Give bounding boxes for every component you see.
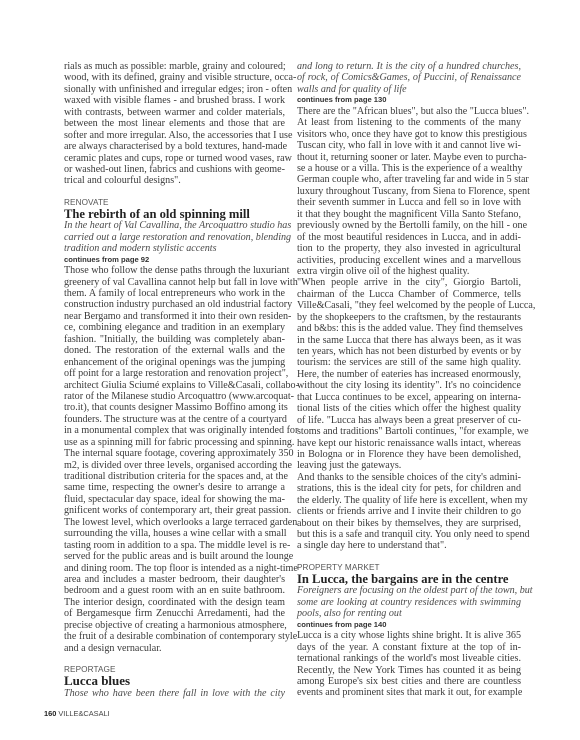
text-line: in the same Lucca that there has always …: [297, 335, 521, 346]
text-line: bedroom and a guest room with an en suit…: [64, 585, 285, 596]
text-line: served for the public areas and is built…: [64, 551, 285, 562]
text-line: their seventh summer in Lucca and fell s…: [297, 197, 521, 208]
text-line: The internal square footage, covering ap…: [64, 448, 285, 459]
article-body: There are the "African blues", but also …: [297, 106, 521, 552]
text-line: doned. The restoration of the external w…: [64, 345, 285, 356]
text-line: but this is a safe and tranquil city. Yo…: [297, 529, 521, 540]
page-footer: 160VILLE&CASALI: [44, 709, 110, 718]
article-standfirst: Those who have been there fall in love w…: [64, 688, 285, 699]
text-line: trical and colourful designs".: [64, 175, 285, 186]
text-line: by the shopkeepers to the craftsmen, by …: [297, 312, 521, 323]
text-line: "When people arrive in the city", Giorgi…: [297, 277, 521, 288]
text-line: between the most linear elements and tho…: [64, 118, 285, 129]
text-line: And thanks to the sensible choices of th…: [297, 472, 521, 483]
text-line: In the heart of Val Cavallina, the Arcoq…: [64, 220, 285, 231]
text-line: of Bergamesque firm Zenucchi Arredamenti…: [64, 608, 285, 619]
text-line: Recently, the New York Times has counted…: [297, 665, 521, 676]
text-line: extra virgin olive oil of the highest qu…: [297, 266, 521, 277]
article-renovate: RENOVATE The rebirth of an old spinning …: [64, 198, 285, 654]
text-line: off point for a large restoration and re…: [64, 368, 285, 379]
text-line: ce, combining elegance and tradition in …: [64, 322, 285, 333]
continues-from-link[interactable]: continues from page 92: [64, 255, 285, 266]
text-line: The lowest level, which overlooks a larg…: [64, 517, 285, 528]
text-line: of life. "Lucca has always been a great …: [297, 415, 521, 426]
text-line: and long to return. It is the city of a …: [297, 61, 521, 72]
text-line: softer and more irregular. Also, the acc…: [64, 130, 285, 141]
text-line: sionally with unfinished and irregular e…: [64, 84, 285, 95]
text-line: The interior design, coordinated with th…: [64, 597, 285, 608]
text-line: activities, producing excellent wines an…: [297, 255, 521, 266]
text-line: clients or friends arrive and I invite t…: [297, 506, 521, 517]
text-line: carried out a large restoration and reno…: [64, 232, 285, 243]
text-line: enhancement of the original openings was…: [64, 357, 285, 368]
text-line: tradition and modern stylistic accents: [64, 243, 285, 254]
text-line: traditional distribution criteria for th…: [64, 471, 285, 482]
text-line: Ville&Casali, "they feel welcomed by the…: [297, 300, 521, 311]
text-line: and dining room. The top floor is intend…: [64, 563, 285, 574]
article-standfirst: In the heart of Val Cavallina, the Arcoq…: [64, 220, 285, 254]
article-body: Lucca is a city whose lights shine brigh…: [297, 630, 521, 699]
text-line: of rock, of Comics&Games, of Puccini, of…: [297, 72, 521, 83]
text-line: with contrasts, between warmer and colde…: [64, 107, 285, 118]
text-line: tasting room in addition to a spa. The m…: [64, 540, 285, 551]
text-line: strations, this is the ideal city for pe…: [297, 483, 521, 494]
text-line: tion to the property, they also invested…: [297, 243, 521, 254]
text-line: wood, with its defined, grainy and visib…: [64, 72, 285, 83]
text-line: same time, respecting the owner's desire…: [64, 482, 285, 493]
text-line: events and prominent sites that mark it …: [297, 687, 521, 698]
text-line: surrounding the villa, houses a wine cel…: [64, 528, 285, 539]
text-line: without the city losing its identity". I…: [297, 380, 521, 391]
text-line: m2, is divided over three levels, organi…: [64, 460, 285, 471]
text-line: a single day here to understand that".: [297, 540, 521, 551]
text-line: thout it, returning sooner or later. May…: [297, 152, 521, 163]
text-line: near Bergamo and transformed it into the…: [64, 311, 285, 322]
text-line: fluid, spectacular day space, ideal for …: [64, 494, 285, 505]
article-property-market: PROPERTY MARKET In Lucca, the bargains a…: [297, 563, 521, 699]
text-line: pools, also for renting out: [297, 608, 521, 619]
text-line: ternational rankings of the world's most…: [297, 653, 521, 664]
article-reportage: REPORTAGE Lucca blues Those who have bee…: [64, 665, 285, 699]
text-line: Lucca is a city whose lights shine brigh…: [297, 630, 521, 641]
text-line: German couple who, after traveling far a…: [297, 174, 521, 185]
text-line: tourism: the services are still of the s…: [297, 357, 521, 368]
text-line: the elderly. The quality of life here is…: [297, 495, 521, 506]
text-line: ten years, which has not been disturbed …: [297, 346, 521, 357]
text-line: chairman of the Lucca Chamber of Commerc…: [297, 289, 521, 300]
text-line: tro.it), that counts designer Massimo Bo…: [64, 402, 285, 413]
text-line: rials as much as possible: marble, grain…: [64, 61, 285, 72]
text-line: leaving just the gateways.: [297, 460, 521, 471]
text-line: in a monumental complex that was origina…: [64, 425, 285, 436]
text-line: Foreigners are focusing on the oldest pa…: [297, 585, 521, 596]
continues-from-link[interactable]: continues from page 140: [297, 620, 521, 631]
article-reportage-continued: and long to return. It is the city of a …: [297, 61, 521, 552]
text-line: are always characterised by a bold textu…: [64, 141, 285, 152]
text-line: visitors who, once they have got to know…: [297, 129, 521, 140]
text-line: construction industry purchased an old i…: [64, 299, 285, 310]
text-line: se a house or a villa. This is the exper…: [297, 163, 521, 174]
text-line: of the most beautiful residences in Lucc…: [297, 232, 521, 243]
text-line: gnificent works of contemporary art, the…: [64, 505, 285, 516]
text-line: among Europe's six best cities and there…: [297, 676, 521, 687]
text-line: the fruit of a desirable combination of …: [64, 631, 285, 642]
text-line: or washed-out linen, fabrics and cushion…: [64, 164, 285, 175]
text-line: founders. The structure was at the centr…: [64, 414, 285, 425]
text-line: stoms and traditions" Bartoli continues,…: [297, 426, 521, 437]
right-column: and long to return. It is the city of a …: [297, 61, 521, 699]
text-line: it that they bought the magnificent Vill…: [297, 209, 521, 220]
article-headline: The rebirth of an old spinning mill: [64, 208, 285, 221]
text-line: days of the year. A constant fixture at …: [297, 642, 521, 653]
text-line: some are looking at country residences w…: [297, 597, 521, 608]
text-line: use as a spinning mill for fabric proces…: [64, 437, 285, 448]
text-line: and a design vernacular.: [64, 643, 285, 654]
text-line: about on their bikes by themselves, they…: [297, 518, 521, 529]
text-line: precise objective of creating a harmonio…: [64, 620, 285, 631]
text-line: Tuscan city, who fall in love with it an…: [297, 140, 521, 151]
text-line: greenery of val Cavallina cannot help bu…: [64, 277, 285, 288]
text-line: and b&bs: this is the added value. They …: [297, 323, 521, 334]
text-line: walls and for quality of life: [297, 84, 521, 95]
text-line: tional lists of the cities which offer t…: [297, 403, 521, 414]
article-headline: In Lucca, the bargains are in the centre: [297, 573, 521, 586]
text-line: Here, the number of eateries has increas…: [297, 369, 521, 380]
text-line: luxury throughout Tuscany, from Siena to…: [297, 186, 521, 197]
article-standfirst: Foreigners are focusing on the oldest pa…: [297, 585, 521, 619]
text-line: rator of the Milanese studio Arcoquattro…: [64, 391, 285, 402]
page-number: 160: [44, 709, 56, 718]
article-standfirst: and long to return. It is the city of a …: [297, 61, 521, 95]
text-line: waxed with visible flames - and brushed …: [64, 95, 285, 106]
text-line: fashion. "Initially, the building was co…: [64, 334, 285, 345]
text-line: Those who follow the dense paths through…: [64, 265, 285, 276]
text-line: in Bologna or in Florence they have been…: [297, 449, 521, 460]
text-line: previously owned by the Bertolli family,…: [297, 220, 521, 231]
article-body: Those who follow the dense paths through…: [64, 265, 285, 654]
magazine-name: VILLE&CASALI: [58, 709, 109, 718]
text-line: At least from listening to the comments …: [297, 117, 521, 128]
text-line: have kept our historic renaissance walls…: [297, 438, 521, 449]
text-line: ceramic plates and cups, rope or turned …: [64, 153, 285, 164]
continues-from-link[interactable]: continues from page 130: [297, 95, 521, 106]
intro-continuation: rials as much as possible: marble, grain…: [64, 61, 285, 187]
article-headline: Lucca blues: [64, 675, 285, 688]
text-line: There are the "African blues", but also …: [297, 106, 521, 117]
text-line: area and includes a master bedroom, thei…: [64, 574, 285, 585]
text-line: them. A family of local entrepreneurs wh…: [64, 288, 285, 299]
text-line: architect Giulia Sciumé explains to Vill…: [64, 380, 285, 391]
left-column: rials as much as possible: marble, grain…: [64, 61, 285, 699]
text-line: that Lucca continues to be excel, appear…: [297, 392, 521, 403]
